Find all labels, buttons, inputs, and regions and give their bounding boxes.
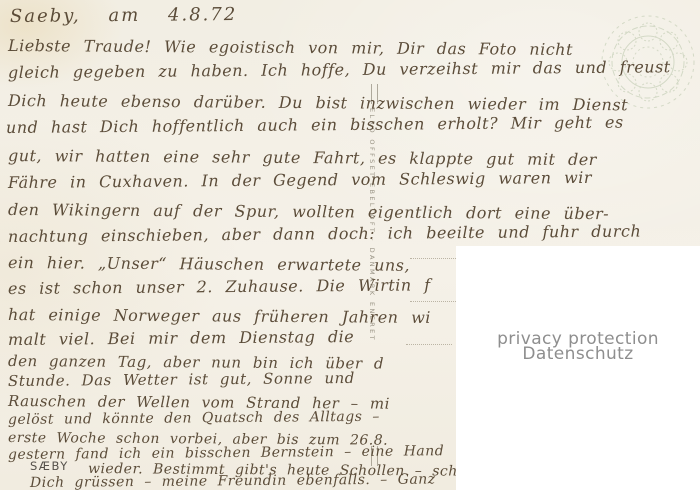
handwriting-line: Dich grüssen – meine Freundin ebenfalls.…: [30, 471, 436, 490]
handwriting-line: gestern fand ich ein bisschen Bernstein …: [8, 443, 444, 463]
postcard-scan: ELRO OFFSET EBELTOFT · DANMARK ENERET Sa…: [0, 0, 700, 490]
handwriting-line: Dich heute ebenso darüber. Du bist inzwi…: [8, 91, 628, 114]
datenschutz-label: Datenschutz: [456, 347, 700, 362]
printed-location-label: SÆBY: [30, 459, 69, 473]
address-dotted-line: [410, 301, 456, 302]
handwriting-line: Fähre in Cuxhaven. In der Gegend vom Sch…: [8, 168, 592, 192]
handwriting-line: den Wikingern auf der Spur, wollten eige…: [8, 200, 609, 223]
handwriting-line: und hast Dich hoffentlich auch ein bissc…: [6, 113, 624, 137]
handwriting-line: malt viel. Bei mir dem Dienstag die: [8, 327, 354, 349]
handwriting-line: Stunde. Das Wetter ist gut, Sonne und: [8, 369, 355, 390]
handwriting-line: gelöst und könnte den Quatsch des Alltag…: [8, 409, 380, 428]
handwriting-line: hat einige Norweger aus früheren Jahren …: [8, 305, 431, 327]
privacy-watermark: privacy protection Datenschutz: [456, 332, 700, 362]
address-dotted-line: [406, 344, 452, 345]
handwriting-line: es ist schon unser 2. Zuhause. Die Wirti…: [8, 275, 431, 298]
handwriting-line: Liebste Traude! Wie egoistisch von mir, …: [8, 36, 573, 59]
address-dotted-line: [410, 258, 456, 259]
handwriting-line: ein hier. „Unser“ Häuschen erwartete uns…: [8, 253, 410, 275]
handwriting-line: gut, wir hatten eine sehr gute Fahrt, es…: [8, 146, 597, 169]
privacy-overlay: privacy protection Datenschutz: [456, 246, 700, 490]
handwriting-line: Saeby, am 4.8.72: [10, 4, 237, 27]
handwriting-line: gleich gegeben zu haben. Ich hoffe, Du v…: [8, 57, 671, 82]
handwriting-line: nachtung einschieben, aber dann doch: ic…: [8, 221, 641, 246]
